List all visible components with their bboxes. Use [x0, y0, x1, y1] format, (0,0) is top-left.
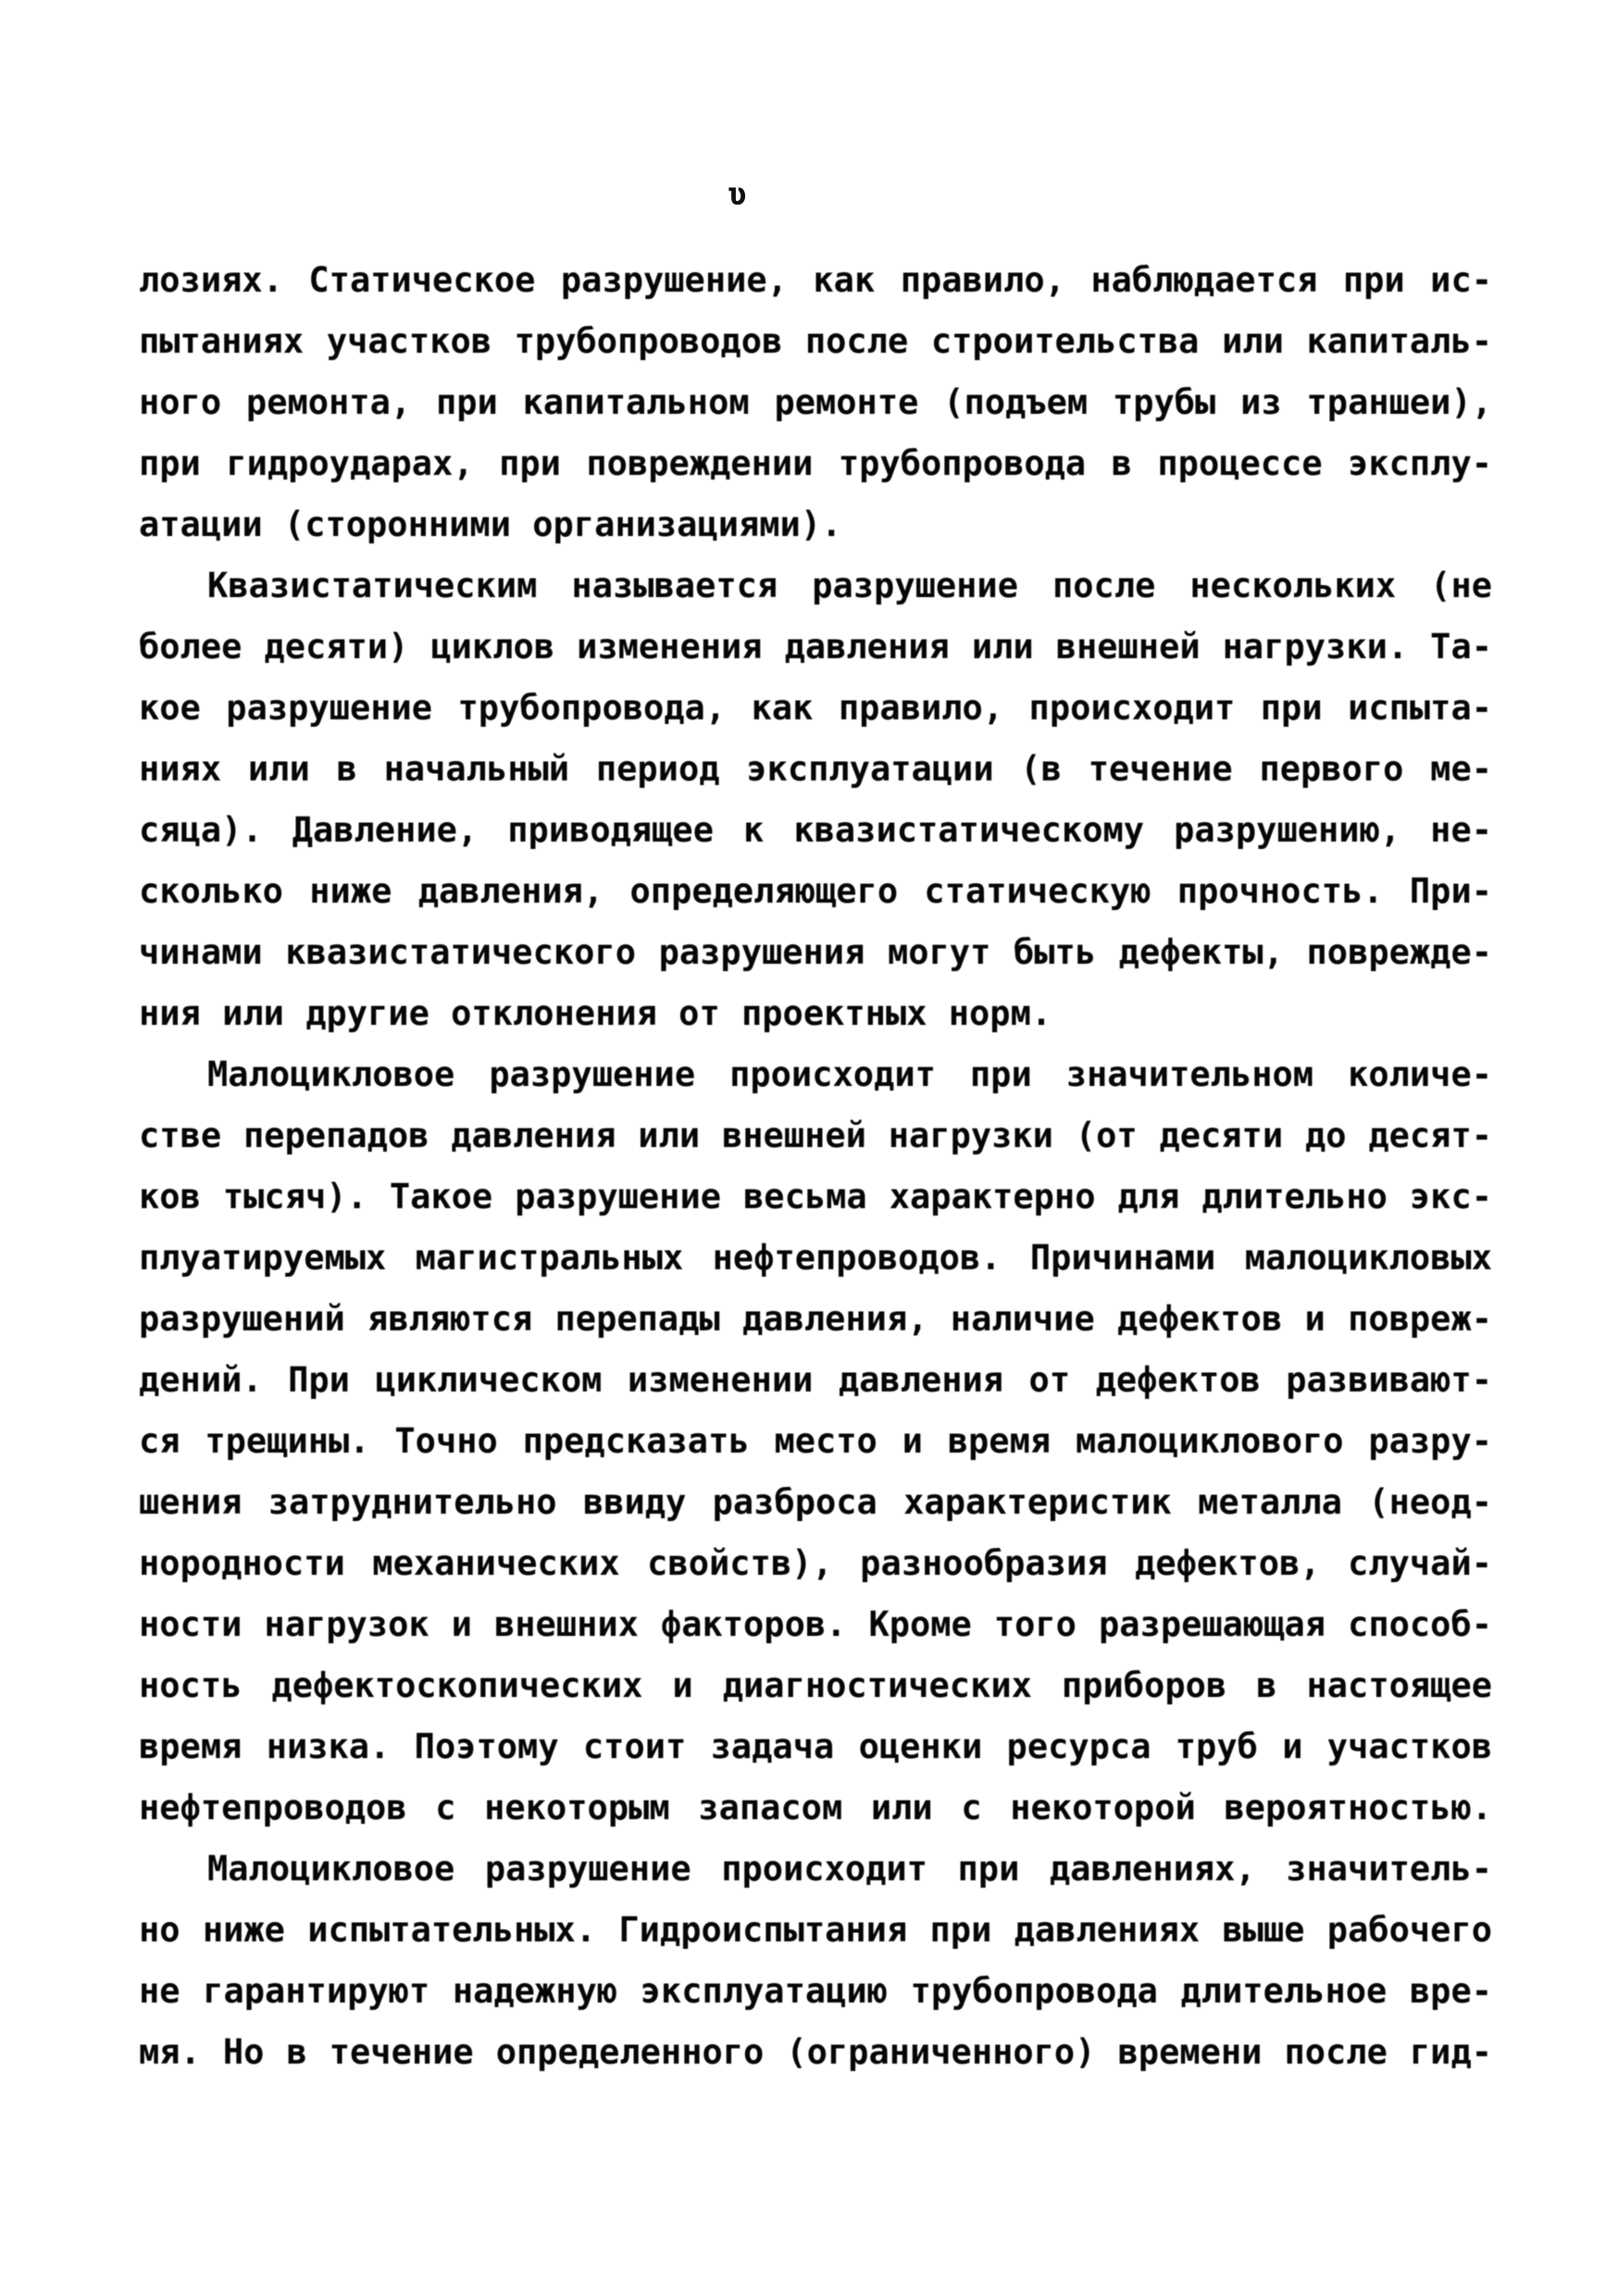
- text-line: ности нагрузок и внешних факторов. Кроме…: [139, 1594, 1492, 1655]
- text-line: мя. Но в течение определенного (ограниче…: [139, 2022, 1492, 2083]
- text-line: дений. При циклическом изменении давлени…: [139, 1350, 1492, 1411]
- text-line: плуатируемых магистральных нефтепроводов…: [139, 1228, 1492, 1289]
- text-line: при гидроударах, при повреждении трубопр…: [139, 433, 1492, 494]
- scanned-page: ʋ лозиях. Статическое разрушение, как пр…: [0, 0, 1618, 2296]
- text-line: ниях или в начальный период эксплуатации…: [139, 739, 1492, 800]
- text-line: ся трещины. Точно предсказать место и вр…: [139, 1411, 1492, 1472]
- page-number: ʋ: [728, 176, 746, 213]
- body-text: лозиях. Статическое разрушение, как прав…: [139, 250, 1492, 2083]
- text-line: но ниже испытательных. Гидроиспытания пр…: [139, 1900, 1492, 1961]
- text-line: шения затруднительно ввиду разброса хара…: [139, 1472, 1492, 1533]
- text-line: время низка. Поэтому стоит задача оценки…: [139, 1716, 1492, 1778]
- text-line: кое разрушение трубопровода, как правило…: [139, 678, 1492, 739]
- text-line: ность дефектоскопических и диагностическ…: [139, 1655, 1492, 1716]
- text-line: чинами квазистатического разрушения могу…: [139, 922, 1492, 983]
- text-line: Малоцикловое разрушение происходит при з…: [139, 1044, 1492, 1105]
- text-line: более десяти) циклов изменения давления …: [139, 617, 1492, 678]
- text-line: атации (сторонними организациями).: [139, 494, 1492, 555]
- text-line: не гарантируют надежную эксплуатацию тру…: [139, 1961, 1492, 2022]
- text-line: пытаниях участков трубопроводов после ст…: [139, 311, 1492, 372]
- text-line: нефтепроводов с некоторым запасом или с …: [139, 1778, 1492, 1839]
- text-line: ков тысяч). Такое разрушение весьма хара…: [139, 1167, 1492, 1228]
- text-line: Малоцикловое разрушение происходит при д…: [139, 1839, 1492, 1900]
- text-line: ния или другие отклонения от проектных н…: [139, 983, 1492, 1044]
- text-line: Квазистатическим называется разрушение п…: [139, 555, 1492, 617]
- text-line: ного ремонта, при капитальном ремонте (п…: [139, 372, 1492, 433]
- text-line: стве перепадов давления или внешней нагр…: [139, 1105, 1492, 1167]
- text-line: нородности механических свойств), разноо…: [139, 1533, 1492, 1594]
- text-line: сколько ниже давления, определяющего ста…: [139, 861, 1492, 922]
- text-line: разрушений являются перепады давления, н…: [139, 1289, 1492, 1350]
- text-line: лозиях. Статическое разрушение, как прав…: [139, 250, 1492, 311]
- text-line: сяца). Давление, приводящее к квазистати…: [139, 800, 1492, 861]
